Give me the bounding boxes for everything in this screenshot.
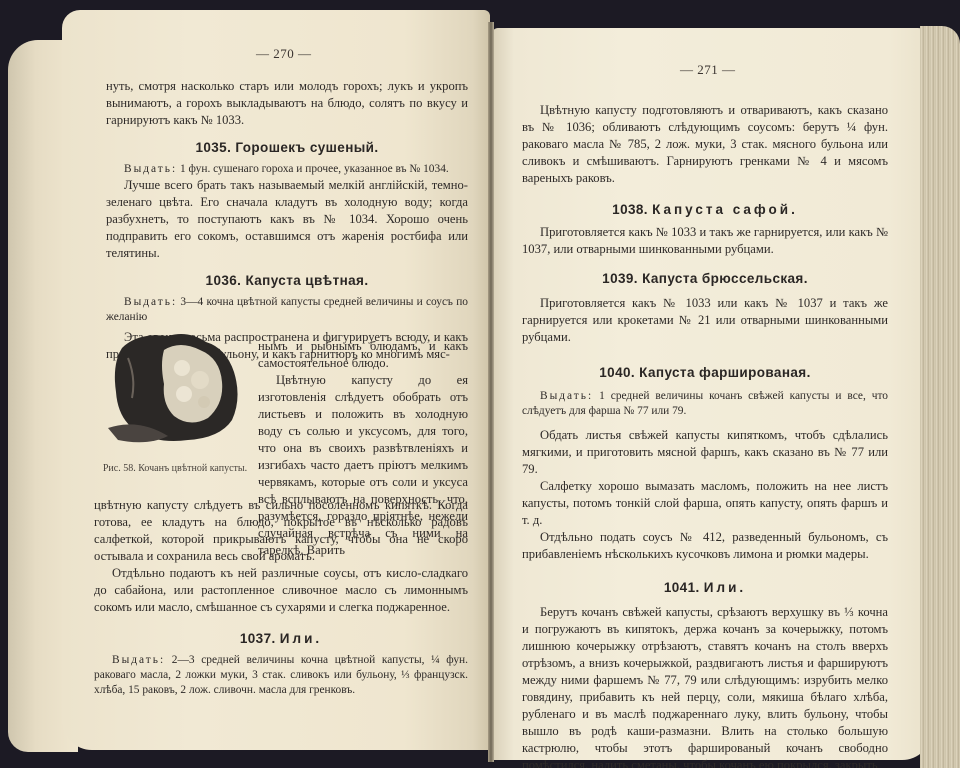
ingredients-label: Выдать: — [124, 296, 177, 308]
ingredients-label: Выдать: — [540, 390, 593, 402]
open-book: — 270 — нуть, смотря насколько старъ или… — [0, 0, 960, 768]
left-page-text-bottom: цвѣтную капусту слѣдуетъ въ сильно посол… — [94, 497, 468, 698]
recipe-1038-body: Приготовляется какъ № 1033 и такъ же гар… — [522, 224, 888, 258]
recipe-1040-para1: Обдать листья свѣжей капусты кипяткомъ, … — [522, 427, 888, 478]
recipe-1039-title: 1039. Капуста брюссельская. — [522, 270, 888, 287]
recipe-1040-para2: Салфетку хорошо вымазать масломъ, положи… — [522, 478, 888, 529]
recipe-1040-title: 1040. Капуста фаршированая. — [522, 364, 888, 381]
recipe-name: Или. — [280, 631, 322, 646]
right-page-number: — 271 — — [680, 62, 736, 78]
recipe-1038-title: 1038. Капуста сафой. — [522, 201, 888, 218]
recipe-1040-para3: Отдѣльно подать соусъ № 412, разведенный… — [522, 529, 888, 563]
recipe-1037-title: 1037. Или. — [94, 630, 468, 647]
recipe-name: Капуста сафой. — [652, 202, 798, 217]
left-page-text-top: нуть, смотря насколько старъ или молодъ … — [106, 78, 468, 363]
recipe-1039-body: Приготовляется какъ № 1033 или какъ № 10… — [522, 295, 888, 346]
cauliflower-illustration — [108, 328, 244, 450]
recipe-1037-ingredients: Выдать: 2—3 средней величины кочна цвѣтн… — [94, 653, 468, 698]
recipe-1036-para2: цвѣтную капусту слѣдуетъ въ сильно посол… — [94, 497, 468, 565]
right-page-edges — [920, 26, 960, 768]
recipe-1036-title: 1036. Капуста цвѣтная. — [106, 272, 468, 289]
recipe-number: 1041. — [664, 580, 700, 595]
recipe-number: 1038. — [612, 202, 648, 217]
recipe-1035-body: Лучше всего брать такъ называемый мелкій… — [106, 177, 468, 262]
continuation-text: нуть, смотря насколько старъ или молодъ … — [106, 78, 468, 129]
recipe-number: 1037. — [240, 631, 276, 646]
ingredients-text: 1 фун. сушенаго гороха и прочее, указанн… — [180, 163, 449, 175]
book-gutter — [488, 22, 494, 762]
recipe-1040-ingredients: Выдать: 1 средней величины кочанъ свѣжей… — [522, 389, 888, 419]
recipe-1041-title: 1041. Или. — [522, 579, 888, 596]
recipe-name: Или. — [704, 580, 746, 595]
recipe-1036-para3: Отдѣльно подаютъ къ ней различные соусы,… — [94, 565, 468, 616]
recipe-1041-body: Берутъ кочанъ свѣжей капусты, срѣзаютъ в… — [522, 604, 888, 768]
ingredients-label: Выдать: — [112, 654, 165, 666]
recipe-1035-ingredients: Выдать: 1 фун. сушенаго гороха и прочее,… — [106, 162, 468, 177]
recipe-1036-ingredients: Выдать: 3—4 кочна цвѣтной капусты средне… — [106, 295, 468, 325]
recipe-1036-para1-wrapped: нымъ и рыбнымъ блюдамъ, и какъ самостоят… — [258, 338, 468, 372]
left-page-number: — 270 — — [256, 46, 312, 62]
ingredients-label: Выдать: — [124, 163, 177, 175]
figure-caption: Рис. 58. Кочанъ цвѣтной капусты. — [100, 462, 250, 475]
right-page-text: Цвѣтную капусту подготовляютъ и отварива… — [522, 102, 888, 768]
recipe-1035-title: 1035. Горошекъ сушеный. — [106, 139, 468, 156]
continuation-text: Цвѣтную капусту подготовляютъ и отварива… — [522, 102, 888, 187]
